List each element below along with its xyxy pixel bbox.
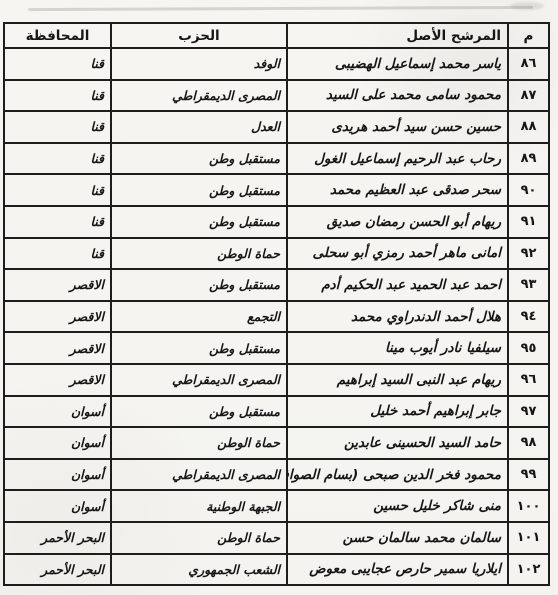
cell-governorate: قنا (4, 174, 111, 206)
candidates-table: م المرشح الأصل الحزب المحافظة ٨٦ ياسر مح… (3, 22, 550, 586)
cell-candidate: محمود فخر الدين صبحى (بسام الصواف) (287, 459, 508, 491)
cell-number: ٩٣ (508, 269, 549, 301)
header-governorate: المحافظة (4, 23, 111, 48)
table-row: ٩١ ريهام أبو الحسن رمضان صديق مستقبل وطن… (4, 206, 549, 238)
cell-party: المصرى الديمقراطي (111, 364, 287, 396)
header-party: الحزب (111, 23, 287, 48)
cell-candidate: هلال أحمد الدندراوي محمد (287, 301, 508, 333)
cell-candidate: سالمان محمد سالمان حسن (287, 522, 508, 554)
cell-party: حماة الوطن (111, 238, 287, 270)
cell-party: الوفد (111, 48, 287, 80)
table-row: ٨٧ محمود سامى محمد على السيد المصرى الدي… (4, 80, 549, 112)
table-row: ٩٨ حامد السيد الحسينى عابدين حماة الوطن … (4, 427, 549, 459)
cell-party: العدل (111, 111, 287, 143)
cell-governorate: أسوان (4, 396, 111, 428)
cell-governorate: أسوان (4, 459, 111, 491)
cell-governorate: أسوان (4, 490, 111, 522)
table-row: ١٠٠ منى شاكر خليل حسين الجبهة الوطنية أس… (4, 490, 549, 522)
cell-number: ٩٢ (508, 238, 549, 270)
cell-number: ٩٨ (508, 427, 549, 459)
cell-candidate: احمد عبد الحميد عبد الحكيم أدم (287, 269, 508, 301)
cell-candidate: حامد السيد الحسينى عابدين (287, 427, 508, 459)
cell-number: ٩٠ (508, 174, 549, 206)
cell-governorate: الاقصر (4, 269, 111, 301)
cell-candidate: حسين حسن سيد أحمد هريدى (287, 111, 508, 143)
table-row: ١٠١ سالمان محمد سالمان حسن حماة الوطن ال… (4, 522, 549, 554)
cell-party: مستقبل وطن (111, 396, 287, 428)
cell-governorate: قنا (4, 48, 111, 80)
cell-candidate: ياسر محمد إسماعيل الهضيبى (287, 48, 508, 80)
cell-party: التجمع (111, 301, 287, 333)
cell-number: ٩٥ (508, 332, 549, 364)
table-row: ٨٩ رحاب عبد الرحيم إسماعيل الغول مستقبل … (4, 143, 549, 175)
cell-number: ٩٤ (508, 301, 549, 333)
cell-number: ٩١ (508, 206, 549, 238)
table-row: ٩٦ ريهام عبد النبى السيد إبراهيم المصرى … (4, 364, 549, 396)
table-row: ٩٩ محمود فخر الدين صبحى (بسام الصواف) ال… (4, 459, 549, 491)
cell-candidate: محمود سامى محمد على السيد (287, 80, 508, 112)
cell-number: ١٠١ (508, 522, 549, 554)
table-row: ٩٢ امانى ماهر أحمد رمزي أبو سحلى حماة ال… (4, 238, 549, 270)
table-header-row: م المرشح الأصل الحزب المحافظة (4, 23, 549, 48)
cell-party: مستقبل وطن (111, 269, 287, 301)
cell-candidate: ريهام أبو الحسن رمضان صديق (287, 206, 508, 238)
cell-number: ١٠٠ (508, 490, 549, 522)
cell-candidate: رحاب عبد الرحيم إسماعيل الغول (287, 143, 508, 175)
table-row: ٩٠ سحر صدقى عبد العظيم محمد مستقبل وطن ق… (4, 174, 549, 206)
scan-artifact-smudge (510, 2, 544, 10)
table-row: ٩٣ احمد عبد الحميد عبد الحكيم أدم مستقبل… (4, 269, 549, 301)
cell-party: مستقبل وطن (111, 174, 287, 206)
cell-candidate: سيلفيا نادر أيوب مينا (287, 332, 508, 364)
scan-artifact-line (28, 6, 533, 11)
table-row: ٨٨ حسين حسن سيد أحمد هريدى العدل قنا (4, 111, 549, 143)
cell-candidate: سحر صدقى عبد العظيم محمد (287, 174, 508, 206)
cell-number: ٨٦ (508, 48, 549, 80)
cell-number: ٩٧ (508, 396, 549, 428)
cell-candidate: ايلاريا سمير حارص عجايبى معوض (287, 554, 508, 586)
table-row: ٩٧ جابر إبراهيم أحمد خليل مستقبل وطن أسو… (4, 396, 549, 428)
cell-party: المصرى الديمقراطي (111, 80, 287, 112)
cell-party: الجبهة الوطنية (111, 490, 287, 522)
table-row: ٩٤ هلال أحمد الدندراوي محمد التجمع الاقص… (4, 301, 549, 333)
cell-party: المصرى الديمقراطي (111, 459, 287, 491)
cell-governorate: قنا (4, 238, 111, 270)
cell-number: ٩٦ (508, 364, 549, 396)
cell-number: ٨٧ (508, 80, 549, 112)
table-row: ٩٥ سيلفيا نادر أيوب مينا مستقبل وطن الاق… (4, 332, 549, 364)
cell-governorate: الاقصر (4, 332, 111, 364)
cell-party: مستقبل وطن (111, 206, 287, 238)
table-row: ١٠٢ ايلاريا سمير حارص عجايبى معوض الشعب … (4, 554, 549, 586)
cell-party: مستقبل وطن (111, 332, 287, 364)
cell-governorate: قنا (4, 80, 111, 112)
cell-candidate: امانى ماهر أحمد رمزي أبو سحلى (287, 238, 508, 270)
cell-number: ٩٩ (508, 459, 549, 491)
cell-party: حماة الوطن (111, 427, 287, 459)
cell-party: حماة الوطن (111, 522, 287, 554)
cell-candidate: جابر إبراهيم أحمد خليل (287, 396, 508, 428)
cell-number: ٨٨ (508, 111, 549, 143)
cell-number: ١٠٢ (508, 554, 549, 586)
cell-candidate: ريهام عبد النبى السيد إبراهيم (287, 364, 508, 396)
cell-governorate: الاقصر (4, 301, 111, 333)
cell-candidate: منى شاكر خليل حسين (287, 490, 508, 522)
cell-governorate: البحر الأحمر (4, 522, 111, 554)
cell-governorate: قنا (4, 143, 111, 175)
cell-number: ٨٩ (508, 143, 549, 175)
cell-governorate: أسوان (4, 427, 111, 459)
cell-governorate: البحر الأحمر (4, 554, 111, 586)
header-number: م (508, 23, 549, 48)
cell-governorate: الاقصر (4, 364, 111, 396)
header-candidate: المرشح الأصل (287, 23, 508, 48)
cell-party: الشعب الجمهوري (111, 554, 287, 586)
cell-governorate: قنا (4, 206, 111, 238)
table-row: ٨٦ ياسر محمد إسماعيل الهضيبى الوفد قنا (4, 48, 549, 80)
cell-party: مستقبل وطن (111, 143, 287, 175)
scanned-page: م المرشح الأصل الحزب المحافظة ٨٦ ياسر مح… (0, 0, 558, 595)
cell-governorate: قنا (4, 111, 111, 143)
